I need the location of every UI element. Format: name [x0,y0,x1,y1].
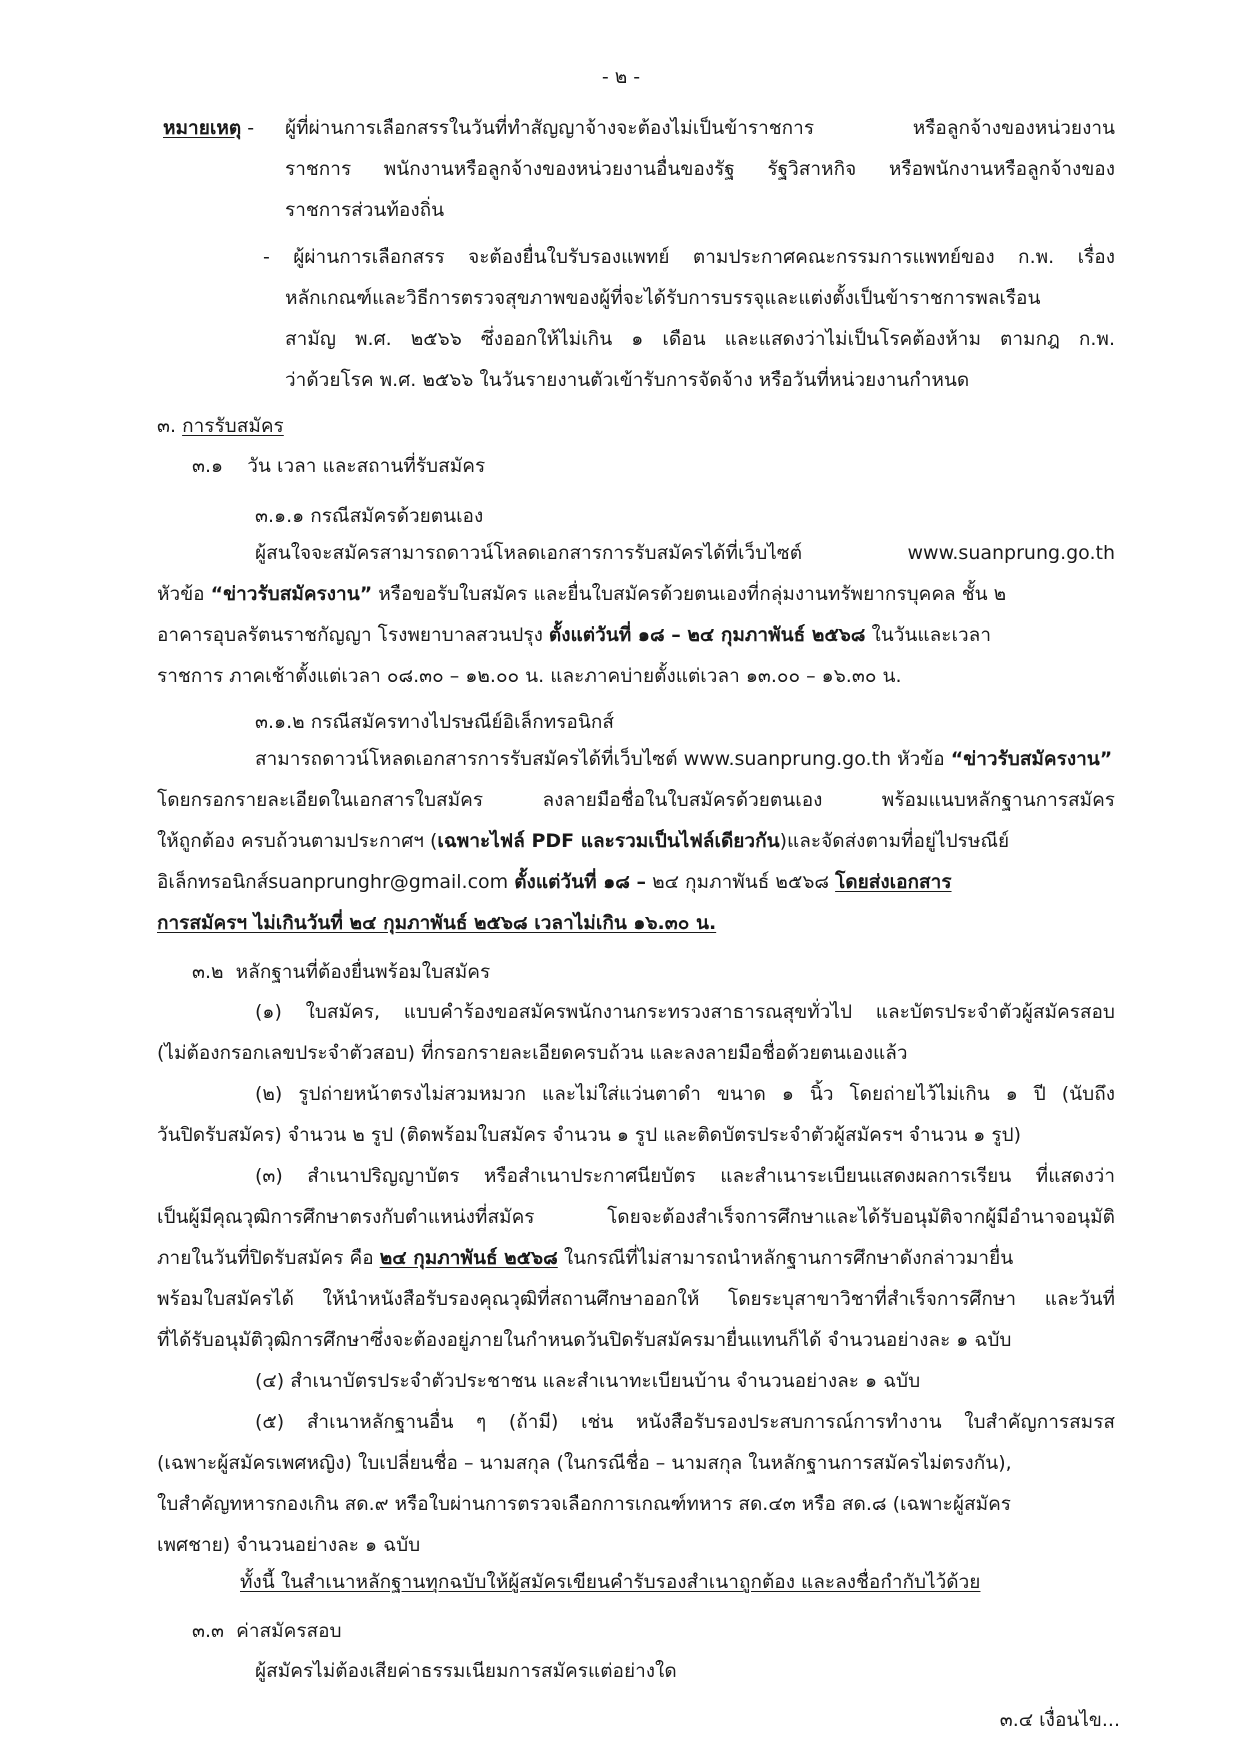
s311-line4: ราชการ ภาคเช้าตั้งแต่เวลา ๐๘.๓๐ – ๑๒.๐๐ … [157,662,902,690]
text: ในวันและเวลา [865,624,991,646]
section-3-1-heading: ๓.๑ วัน เวลา และสถานที่รับสมัคร [192,452,485,480]
text: อาคารอุบลรัตนราชกัญญา โรงพยาบาลสวนปรุง [157,624,549,646]
note-label: หมายเหตุ [163,117,241,139]
item3-line2: เป็นผู้มีคุณวุฒิการศึกษาตรงกับตำแหน่งที่… [157,1203,1115,1231]
item3-line4: พร้อมใบสมัครได้ ให้นำหนังสือรับรองคุณวุฒ… [157,1285,1115,1313]
text: ให้ถูกต้อง ครบถ้วนตามประกาศฯ ( [157,830,437,852]
note-para1-line2: ราชการ พนักงานหรือลูกจ้างของหน่วยงานอื่น… [285,155,1115,183]
item2-line1: (๒) รูปถ่ายหน้าตรงไม่สวมหมวก และไม่ใส่แว… [255,1080,1115,1108]
text: สามารถดาวน์โหลดเอกสารการรับสมัครได้ที่เว… [255,748,951,770]
section-3-2-title: หลักฐานที่ต้องยื่นพร้อมใบสมัคร [236,961,491,983]
s312-line1: สามารถดาวน์โหลดเอกสารการรับสมัครได้ที่เว… [255,745,1112,773]
job-news-heading: “ข่าวรับสมัครงาน” [951,748,1113,770]
note-para2-line1: - ผู้ผ่านการเลือกสรร จะต้องยื่นใบรับรองแ… [263,243,1115,271]
section-3-number: ๓. [157,415,176,437]
continuation-marker: ๓.๔ เงื่อนไข... [1000,1706,1120,1734]
item3-line3: ภายในวันที่ปิดรับสมัคร คือ ๒๔ กุมภาพันธ์… [157,1244,1013,1272]
section-3-2-heading: ๓.๒ หลักฐานที่ต้องยื่นพร้อมใบสมัคร [192,958,490,986]
s312-line2: โดยกรอกรายละเอียดในเอกสารใบสมัคร ลงลายมื… [157,786,1115,814]
item5-line1: (๕) สำเนาหลักฐานอื่น ๆ (ถ้ามี) เช่น หนัง… [255,1408,1115,1436]
section-3-3-number: ๓.๓ [192,1620,224,1642]
s312-line3: ให้ถูกต้อง ครบถ้วนตามประกาศฯ (เฉพาะไฟล์ … [157,827,1009,855]
file-format-note: เฉพาะไฟล์ PDF และรวมเป็นไฟล์เดียวกัน [437,830,779,852]
text: )และจัดส่งตามที่อยู่ไปรษณีย์ [780,830,1010,852]
s311-line3: อาคารอุบลรัตนราชกัญญา โรงพยาบาลสวนปรุง ต… [157,621,1115,649]
section-3-1-1-title: ๓.๑.๑ กรณีสมัครด้วยตนเอง [255,502,483,530]
section-3-1-number: ๓.๑ [192,455,223,477]
section-3-1-2-title: ๓.๑.๒ กรณีสมัครทางไปรษณีย์อิเล็กทรอนิกส์ [255,708,614,736]
email-text: อิเล็กทรอนิกส์suanprunghr@gmail.com [157,871,514,893]
text: หัวข้อ [157,583,211,605]
item4: (๔) สำเนาบัตรประจำตัวประชาชน และสำเนาทะเ… [255,1367,920,1395]
item1-line2: (ไม่ต้องกรอกเลขประจำตัวสอบ) ที่กรอกรายละ… [157,1039,908,1067]
section-3-title: การรับสมัคร [182,415,284,437]
text: หรือขอรับใบสมัคร และยื่นใบสมัครด้วยตนเอง… [372,583,1006,605]
item2-line2: วันปิดรับสมัคร) จำนวน ๒ รูป (ติดพร้อมใบส… [157,1121,1021,1149]
item3-line1: (๓) สำเนาปริญญาบัตร หรือสำเนาประกาศนียบั… [255,1162,1115,1190]
section-3-2-number: ๓.๒ [192,961,224,983]
item5-line4: เพศชาย) จำนวนอย่างละ ๑ ฉบับ [157,1531,420,1559]
s311-line2: หัวข้อ “ข่าวรับสมัครงาน” หรือขอรับใบสมัค… [157,580,1115,608]
section-3-3-heading: ๓.๓ ค่าสมัครสอบ [192,1617,342,1645]
text: ภายในวันที่ปิดรับสมัคร คือ [157,1247,380,1269]
section-3-3-title: ค่าสมัครสอบ [236,1620,341,1642]
s312-line5: การสมัครฯ ไม่เกินวันที่ ๒๔ กุมภาพันธ์ ๒๕… [157,909,716,937]
date-range: ตั้งแต่วันที่ ๑๘ – ๒๔ กุมภาพันธ์ ๒๕๖๘ [549,624,866,646]
section-3-heading: ๓. การรับสมัคร [157,412,284,440]
text: ในกรณีที่ไม่สามารถนำหลักฐานการศึกษาดังกล… [558,1247,1013,1269]
s312-line4: อิเล็กทรอนิกส์suanprunghr@gmail.com ตั้ง… [157,868,952,896]
note-para2-line3: สามัญ พ.ศ. ๒๕๖๖ ซึ่งออกให้ไม่เกิน ๑ เดือ… [285,325,1115,353]
note-block: หมายเหตุ - [163,114,254,142]
job-news-heading: “ข่าวรับสมัครงาน” [211,583,373,605]
date-end: ๒๔ กุมภาพันธ์ ๒๕๖๘ [646,871,835,893]
section-3-3-text: ผู้สมัครไม่ต้องเสียค่าธรรมเนียมการสมัครแ… [255,1657,677,1685]
note-para1-line1: ผู้ที่ผ่านการเลือกสรรในวันที่ทำสัญญาจ้าง… [285,114,1115,142]
date-start: ตั้งแต่วันที่ ๑๘ – [514,871,646,893]
deadline-date: ๒๔ กุมภาพันธ์ ๒๕๖๘ [380,1247,558,1269]
note-para1-line3: ราชการส่วนท้องถิ่น [285,196,444,224]
note-para2-line2: หลักเกณฑ์และวิธีการตรวจสุขภาพของผู้ที่จะ… [285,284,1115,312]
deadline-note: โดยส่งเอกสาร [835,871,951,893]
item1-line1: (๑) ใบสมัคร, แบบคำร้องขอสมัครพนักงานกระท… [255,998,1115,1026]
note-para2-line4: ว่าด้วยโรค พ.ศ. ๒๕๖๖ ในวันรายงานตัวเข้าร… [285,366,969,394]
s311-line1: ผู้สนใจจะสมัครสามารถดาวน์โหลดเอกสารการรั… [255,539,1115,567]
certification-footnote: ทั้งนี้ ในสำเนาหลักฐานทุกฉบับให้ผู้สมัคร… [240,1568,980,1596]
item5-line3: ใบสำคัญทหารกองเกิน สด.๙ หรือใบผ่านการตรว… [157,1490,1011,1518]
note-dash: - [247,117,254,139]
item3-line5: ที่ได้รับอนุมัติวุฒิการศึกษาซึ่งจะต้องอย… [157,1326,1011,1354]
page-number: - ๒ - [0,62,1242,92]
item5-line2: (เฉพาะผู้สมัครเพศหญิง) ใบเปลี่ยนชื่อ – น… [157,1449,1012,1477]
section-3-1-title: วัน เวลา และสถานที่รับสมัคร [247,455,485,477]
